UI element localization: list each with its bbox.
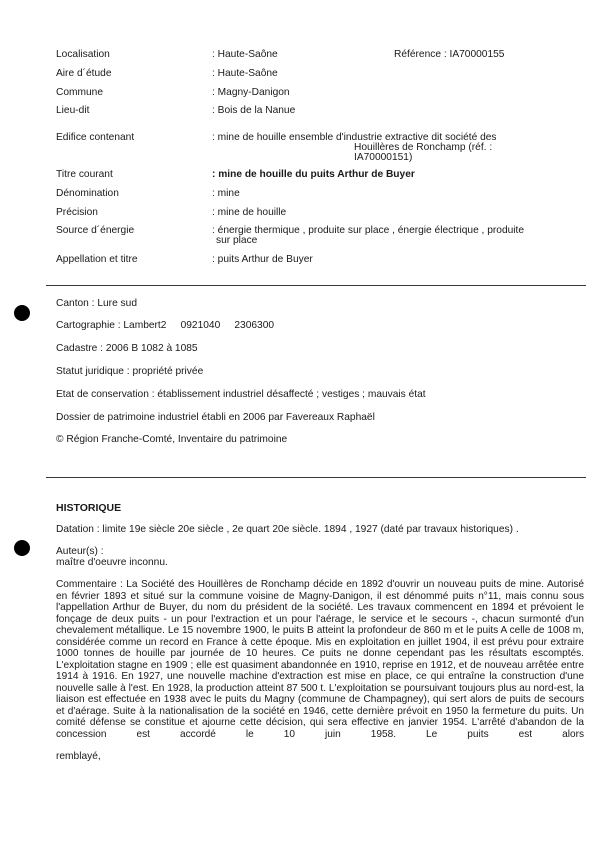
divider-rule: [46, 285, 586, 286]
field-value-aire-etude: : Haute-Saône: [212, 68, 278, 79]
commentaire-paragraph: Commentaire : La Société des Houillères …: [56, 579, 584, 740]
field-label-titre-courant: Titre courant: [56, 169, 113, 180]
cartographie-line: Cartographie : Lambert2 0921040 2306300: [56, 320, 274, 331]
auteurs-value: maître d'oeuvre inconnu.: [56, 557, 168, 568]
field-label-edifice-contenant: Edifice contenant: [56, 132, 134, 143]
canton-line: Canton : Lure sud: [56, 298, 137, 309]
field-value-source-energie-2: sur place: [216, 235, 257, 246]
datation-line: Datation : limite 19e siècle 20e siècle …: [56, 524, 519, 535]
dossier-line: Dossier de patrimoine industriel établi …: [56, 412, 375, 423]
punch-hole-mark: [14, 305, 30, 321]
field-label-appellation: Appellation et titre: [56, 254, 138, 265]
field-label-lieu-dit: Lieu-dit: [56, 105, 89, 116]
field-value-titre-courant: : mine de houille du puits Arthur de Buy…: [212, 169, 415, 180]
field-label-source-energie: Source d´énergie: [56, 225, 134, 236]
reference-number: Référence : IA70000155: [394, 49, 504, 60]
field-label-precision: Précision: [56, 207, 98, 218]
field-value-lieu-dit: : Bois de la Nanue: [212, 105, 295, 116]
divider-rule: [46, 477, 586, 478]
conservation-line: Etat de conservation : établissement ind…: [56, 389, 426, 400]
field-value-commune: : Magny-Danigon: [212, 87, 290, 98]
field-value-appellation: : puits Arthur de Buyer: [212, 254, 313, 265]
statut-juridique-line: Statut juridique : propriété privée: [56, 366, 203, 377]
field-label-denomination: Dénomination: [56, 188, 119, 199]
commentaire-last-line: remblayé,: [56, 751, 101, 762]
punch-hole-mark: [14, 540, 30, 556]
field-label-localisation: Localisation: [56, 49, 110, 60]
field-label-commune: Commune: [56, 87, 103, 98]
field-value-localisation: : Haute-Saône: [212, 49, 278, 60]
field-value-denomination: : mine: [212, 188, 240, 199]
cadastre-line: Cadastre : 2006 B 1082 à 1085: [56, 343, 198, 354]
copyright-line: © Région Franche-Comté, Inventaire du pa…: [56, 434, 287, 445]
historique-heading: HISTORIQUE: [56, 502, 121, 514]
field-value-source-energie-1: : énergie thermique , produite sur place…: [212, 225, 524, 236]
field-value-edifice-contenant-3: IA70000151): [354, 152, 412, 163]
auteurs-label: Auteur(s) :: [56, 546, 104, 557]
field-label-aire-etude: Aire d´étude: [56, 68, 112, 79]
field-value-precision: : mine de houille: [212, 207, 286, 218]
